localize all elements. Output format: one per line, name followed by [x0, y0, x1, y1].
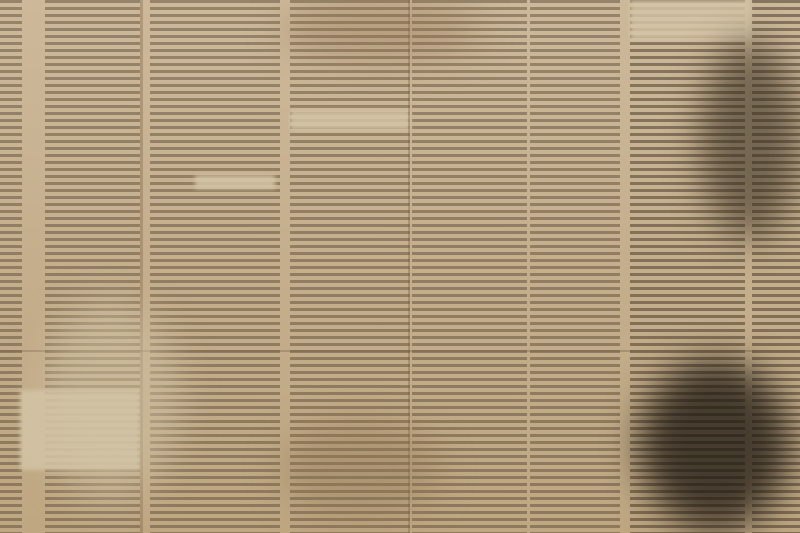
- text-column-3: [150, 0, 280, 533]
- light-stain-left: [40, 300, 180, 500]
- dark-stain-right: [640, 360, 790, 530]
- blank-area-right-top: [630, 0, 750, 40]
- blank-area-heading-1: [195, 175, 275, 189]
- blank-area-heading-2: [290, 110, 410, 130]
- dark-stain-right-top: [700, 40, 800, 240]
- text-column-6: [530, 0, 620, 533]
- text-column-1: [0, 0, 22, 533]
- mid-stain-center: [280, 420, 440, 520]
- newspaper-texture: [0, 0, 800, 533]
- top-stain: [280, 0, 480, 60]
